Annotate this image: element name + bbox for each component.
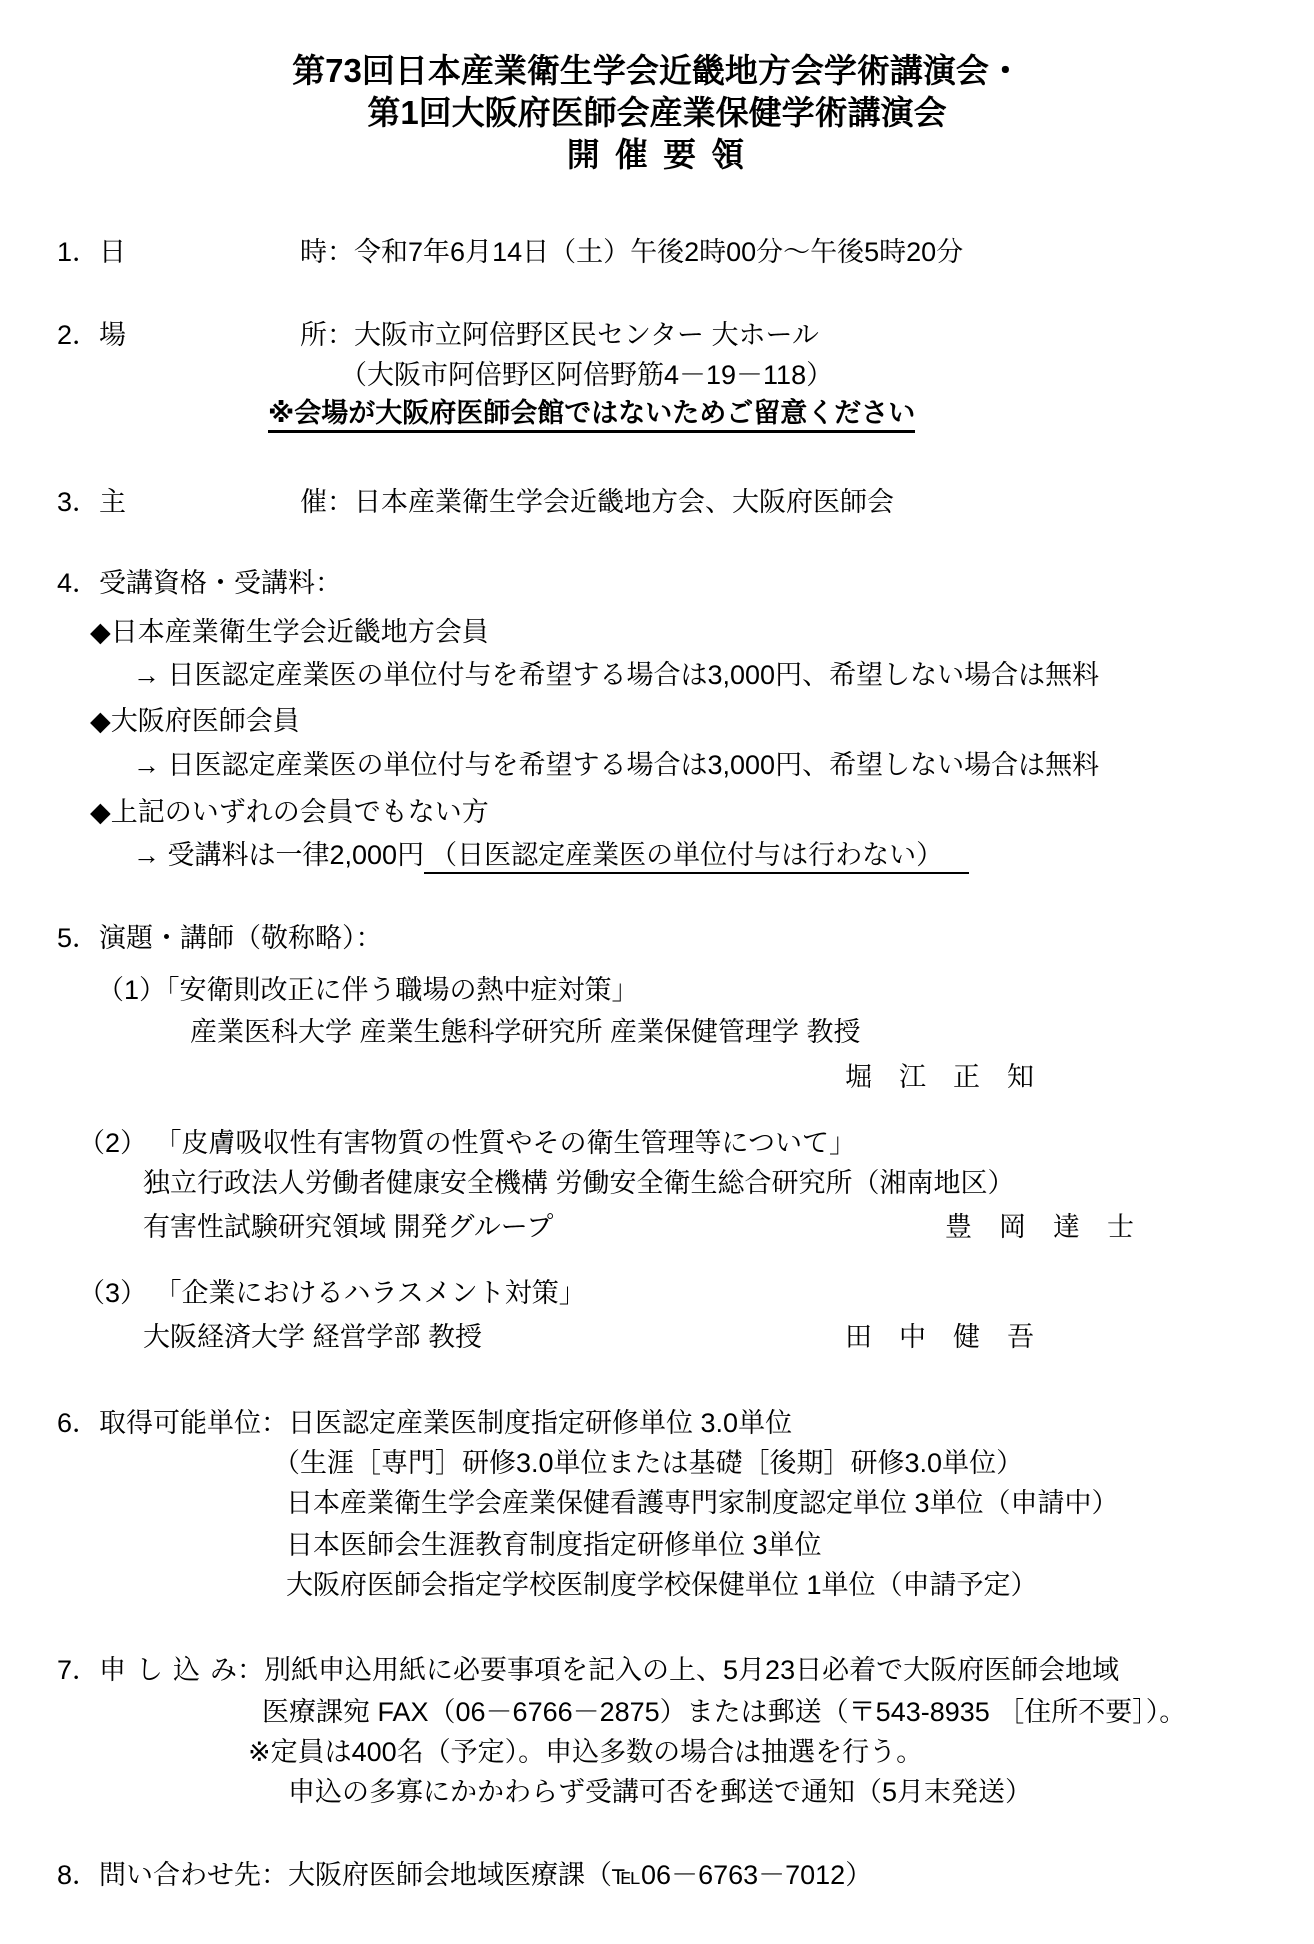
section-5-heading-text: 演題・講師（敬称略）： xyxy=(99,923,383,953)
section-2-address: （大阪市阿倍野区阿倍野筋4－19－118） xyxy=(340,356,833,394)
fee-note-underlined: （日医認定産業医の単位付与は行わない） xyxy=(424,840,969,874)
section-7-line-1: 医療課宛 FAX（06－6766－2875）または郵送（〒543-8935 ［住… xyxy=(262,1693,1186,1731)
section-3-organizer: 3．主催：日本産業衛生学会近畿地方会、大阪府医師会 xyxy=(57,483,894,521)
lecture-3-speaker: 田 中 健 吾 xyxy=(845,1318,1034,1356)
lecture-3-affiliation: 大阪経済大学 経営学部 教授 xyxy=(143,1318,482,1356)
section-8-number: 8． xyxy=(57,1860,99,1890)
section-1-colon: ： xyxy=(327,237,354,267)
title-line-3: 開 催 要 領 xyxy=(0,134,1314,176)
section-8-colon: ： xyxy=(261,1860,288,1890)
section-4-heading-text: 受講資格・受講料： xyxy=(99,568,342,598)
lecture-3-title: （3） 「企業におけるハラスメント対策」 xyxy=(78,1274,586,1312)
section-7-colon: ： xyxy=(237,1655,264,1685)
section-6-label: 取得可能単位 xyxy=(99,1408,261,1438)
section-7-label: 申し込み xyxy=(99,1651,237,1689)
section-6-line-2: 日本産業衛生学会産業保健看護専門家制度認定単位 3単位（申請中） xyxy=(286,1484,1119,1522)
fee-text: → 受講料は一律2,000円 xyxy=(133,840,424,870)
section-4-item-2-detail: → 受講料は一律2,000円（日医認定産業医の単位付与は行わない） xyxy=(133,836,969,874)
section-6-line-4: 大阪府医師会指定学校医制度学校保健単位 1単位（申請予定） xyxy=(286,1566,1038,1604)
section-1-label: 日時 xyxy=(99,233,327,271)
section-2-value: 大阪市立阿倍野区民センター 大ホール xyxy=(354,320,819,350)
section-1-datetime: 1．日時：令和7年6月14日（土）午後2時00分～午後5時20分 xyxy=(57,233,963,271)
section-4-item-0-detail: → 日医認定産業医の単位付与を希望する場合は3,000円、希望しない場合は無料 xyxy=(133,656,1099,694)
section-3-value: 日本産業衛生学会近畿地方会、大阪府医師会 xyxy=(354,487,894,517)
venue-warning-text: ※会場が大阪府医師会館ではないためご留意ください xyxy=(268,398,915,433)
section-1-value: 令和7年6月14日（土）午後2時00分～午後5時20分 xyxy=(354,237,963,267)
section-8-value: 大阪府医師会地域医療課（℡06－6763－7012） xyxy=(288,1860,872,1890)
section-7-number: 7． xyxy=(57,1655,99,1685)
section-2-venue-note: ※会場が大阪府医師会館ではないためご留意ください xyxy=(268,394,915,432)
lecture-2-affiliation: 独立行政法人労働者健康安全機構 労働安全衛生総合研究所（湘南地区） xyxy=(143,1164,1015,1202)
section-7-application: 7．申し込み：別紙申込用紙に必要事項を記入の上、5月23日必着で大阪府医師会地域 xyxy=(57,1651,1119,1689)
lecture-2-speaker: 豊 岡 達 士 xyxy=(945,1208,1134,1246)
section-6-credits: 6．取得可能単位：日医認定産業医制度指定研修単位 3.0単位 xyxy=(57,1404,792,1442)
section-7-line-3: 申込の多寡にかかわらず受講可否を郵送で通知（5月末発送） xyxy=(288,1773,1032,1811)
section-1-number: 1． xyxy=(57,237,99,267)
section-4-heading: 4．受講資格・受講料： xyxy=(57,564,342,602)
section-4-item-1-detail: → 日医認定産業医の単位付与を希望する場合は3,000円、希望しない場合は無料 xyxy=(133,746,1099,784)
section-8-contact: 8．問い合わせ先：大阪府医師会地域医療課（℡06－6763－7012） xyxy=(57,1856,872,1894)
section-4-item-1-category: ◆大阪府医師会員 xyxy=(90,702,300,740)
title-line-1: 第73回日本産業衛生学会近畿地方会学術講演会・ xyxy=(0,50,1314,92)
section-6-line-3: 日本医師会生涯教育制度指定研修単位 3単位 xyxy=(286,1526,822,1564)
title-line-2: 第1回大阪府医師会産業保健学術講演会 xyxy=(0,92,1314,134)
section-5-number: 5． xyxy=(57,923,99,953)
section-6-colon: ： xyxy=(261,1408,288,1438)
document-title: 第73回日本産業衛生学会近畿地方会学術講演会・ 第1回大阪府医師会産業保健学術講… xyxy=(0,50,1314,176)
section-2-number: 2． xyxy=(57,320,99,350)
section-2-place: 2．場所：大阪市立阿倍野区民センター 大ホール xyxy=(57,316,819,354)
section-6-number: 6． xyxy=(57,1408,99,1438)
lecture-1-title: （1）「安衛則改正に伴う職場の熱中症対策」 xyxy=(97,971,639,1009)
section-2-colon: ： xyxy=(327,320,354,350)
section-7-line-0: 別紙申込用紙に必要事項を記入の上、5月23日必着で大阪府医師会地域 xyxy=(264,1655,1119,1685)
section-3-number: 3． xyxy=(57,487,99,517)
lecture-2-title: （2） 「皮膚吸収性有害物質の性質やその衛生管理等について」 xyxy=(78,1124,856,1162)
document-page: 第73回日本産業衛生学会近畿地方会学術講演会・ 第1回大阪府医師会産業保健学術講… xyxy=(0,0,1314,1944)
section-4-item-0-category: ◆日本産業衛生学会近畿地方会員 xyxy=(90,613,489,651)
section-2-label: 場所 xyxy=(99,316,327,354)
section-7-line-2: ※定員は400名（予定）。申込多数の場合は抽選を行う。 xyxy=(248,1733,923,1771)
section-3-label: 主催 xyxy=(99,483,327,521)
section-4-item-2-category: ◆上記のいずれの会員でもない方 xyxy=(90,793,489,831)
section-3-colon: ： xyxy=(327,487,354,517)
section-4-number: 4． xyxy=(57,568,99,598)
section-6-line-0: 日医認定産業医制度指定研修単位 3.0単位 xyxy=(288,1408,792,1438)
section-6-line-1: （生涯［専門］研修3.0単位または基礎［後期］研修3.0単位） xyxy=(273,1444,1023,1482)
lecture-1-affiliation: 産業医科大学 産業生態科学研究所 産業保健管理学 教授 xyxy=(190,1013,861,1051)
section-8-label: 問い合わせ先 xyxy=(99,1860,261,1890)
section-5-heading: 5．演題・講師（敬称略）： xyxy=(57,919,383,957)
lecture-2-affiliation-2: 有害性試験研究領域 開発グループ xyxy=(143,1208,553,1246)
lecture-1-speaker: 堀 江 正 知 xyxy=(845,1058,1034,1096)
